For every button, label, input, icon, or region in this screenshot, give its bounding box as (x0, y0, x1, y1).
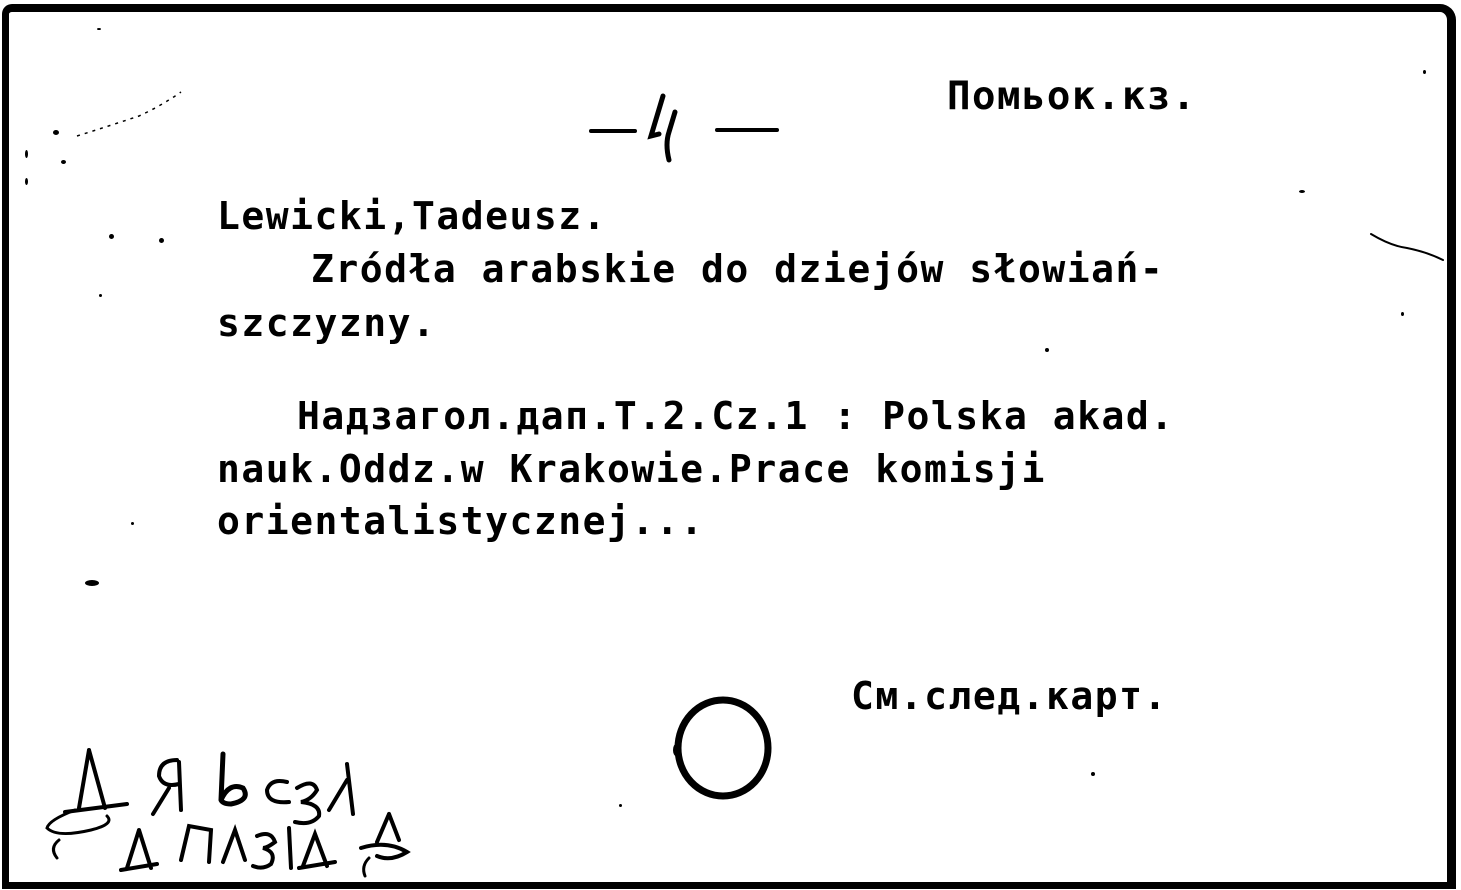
hole-punch-circle-icon (669, 692, 779, 807)
author-heading: Lewicki,Tadeusz. (217, 197, 607, 235)
series-line-1: Надзагол.дап.Т.2.Cz.1 : Polska akad. (297, 397, 1175, 435)
stray-pen-mark (1367, 230, 1447, 270)
catalog-card: 4 Помьок.кз. Lewicki,Tadeusz. Zródła ara… (2, 4, 1456, 889)
series-line-2: nauk.Oddz.w Krakowie.Prace komisji (217, 450, 1046, 488)
handwritten-note (31, 730, 411, 880)
speck (1091, 772, 1095, 776)
speck (159, 238, 164, 243)
location-mark: Помьок.кз. (947, 77, 1197, 116)
title-line-2: szczyzny. (217, 304, 436, 342)
speck (131, 522, 134, 525)
speck (1423, 70, 1426, 74)
speck (109, 234, 114, 239)
series-line-3: orientalistycznej... (217, 502, 705, 540)
speck (25, 178, 28, 185)
speck (25, 150, 28, 158)
speck (1299, 190, 1305, 193)
speck (619, 804, 622, 807)
speck (99, 294, 102, 297)
speck (53, 130, 59, 135)
scratch-mark-top-left (69, 82, 189, 142)
title-line-1: Zródła arabskie do dziejów słowiań- (311, 250, 1164, 288)
page-number-mark (583, 84, 793, 174)
speck (61, 160, 66, 164)
cross-reference: См.след.карт. (851, 677, 1168, 715)
speck (1401, 312, 1404, 316)
speck (1045, 348, 1049, 352)
speck (85, 580, 99, 586)
speck (97, 28, 101, 30)
